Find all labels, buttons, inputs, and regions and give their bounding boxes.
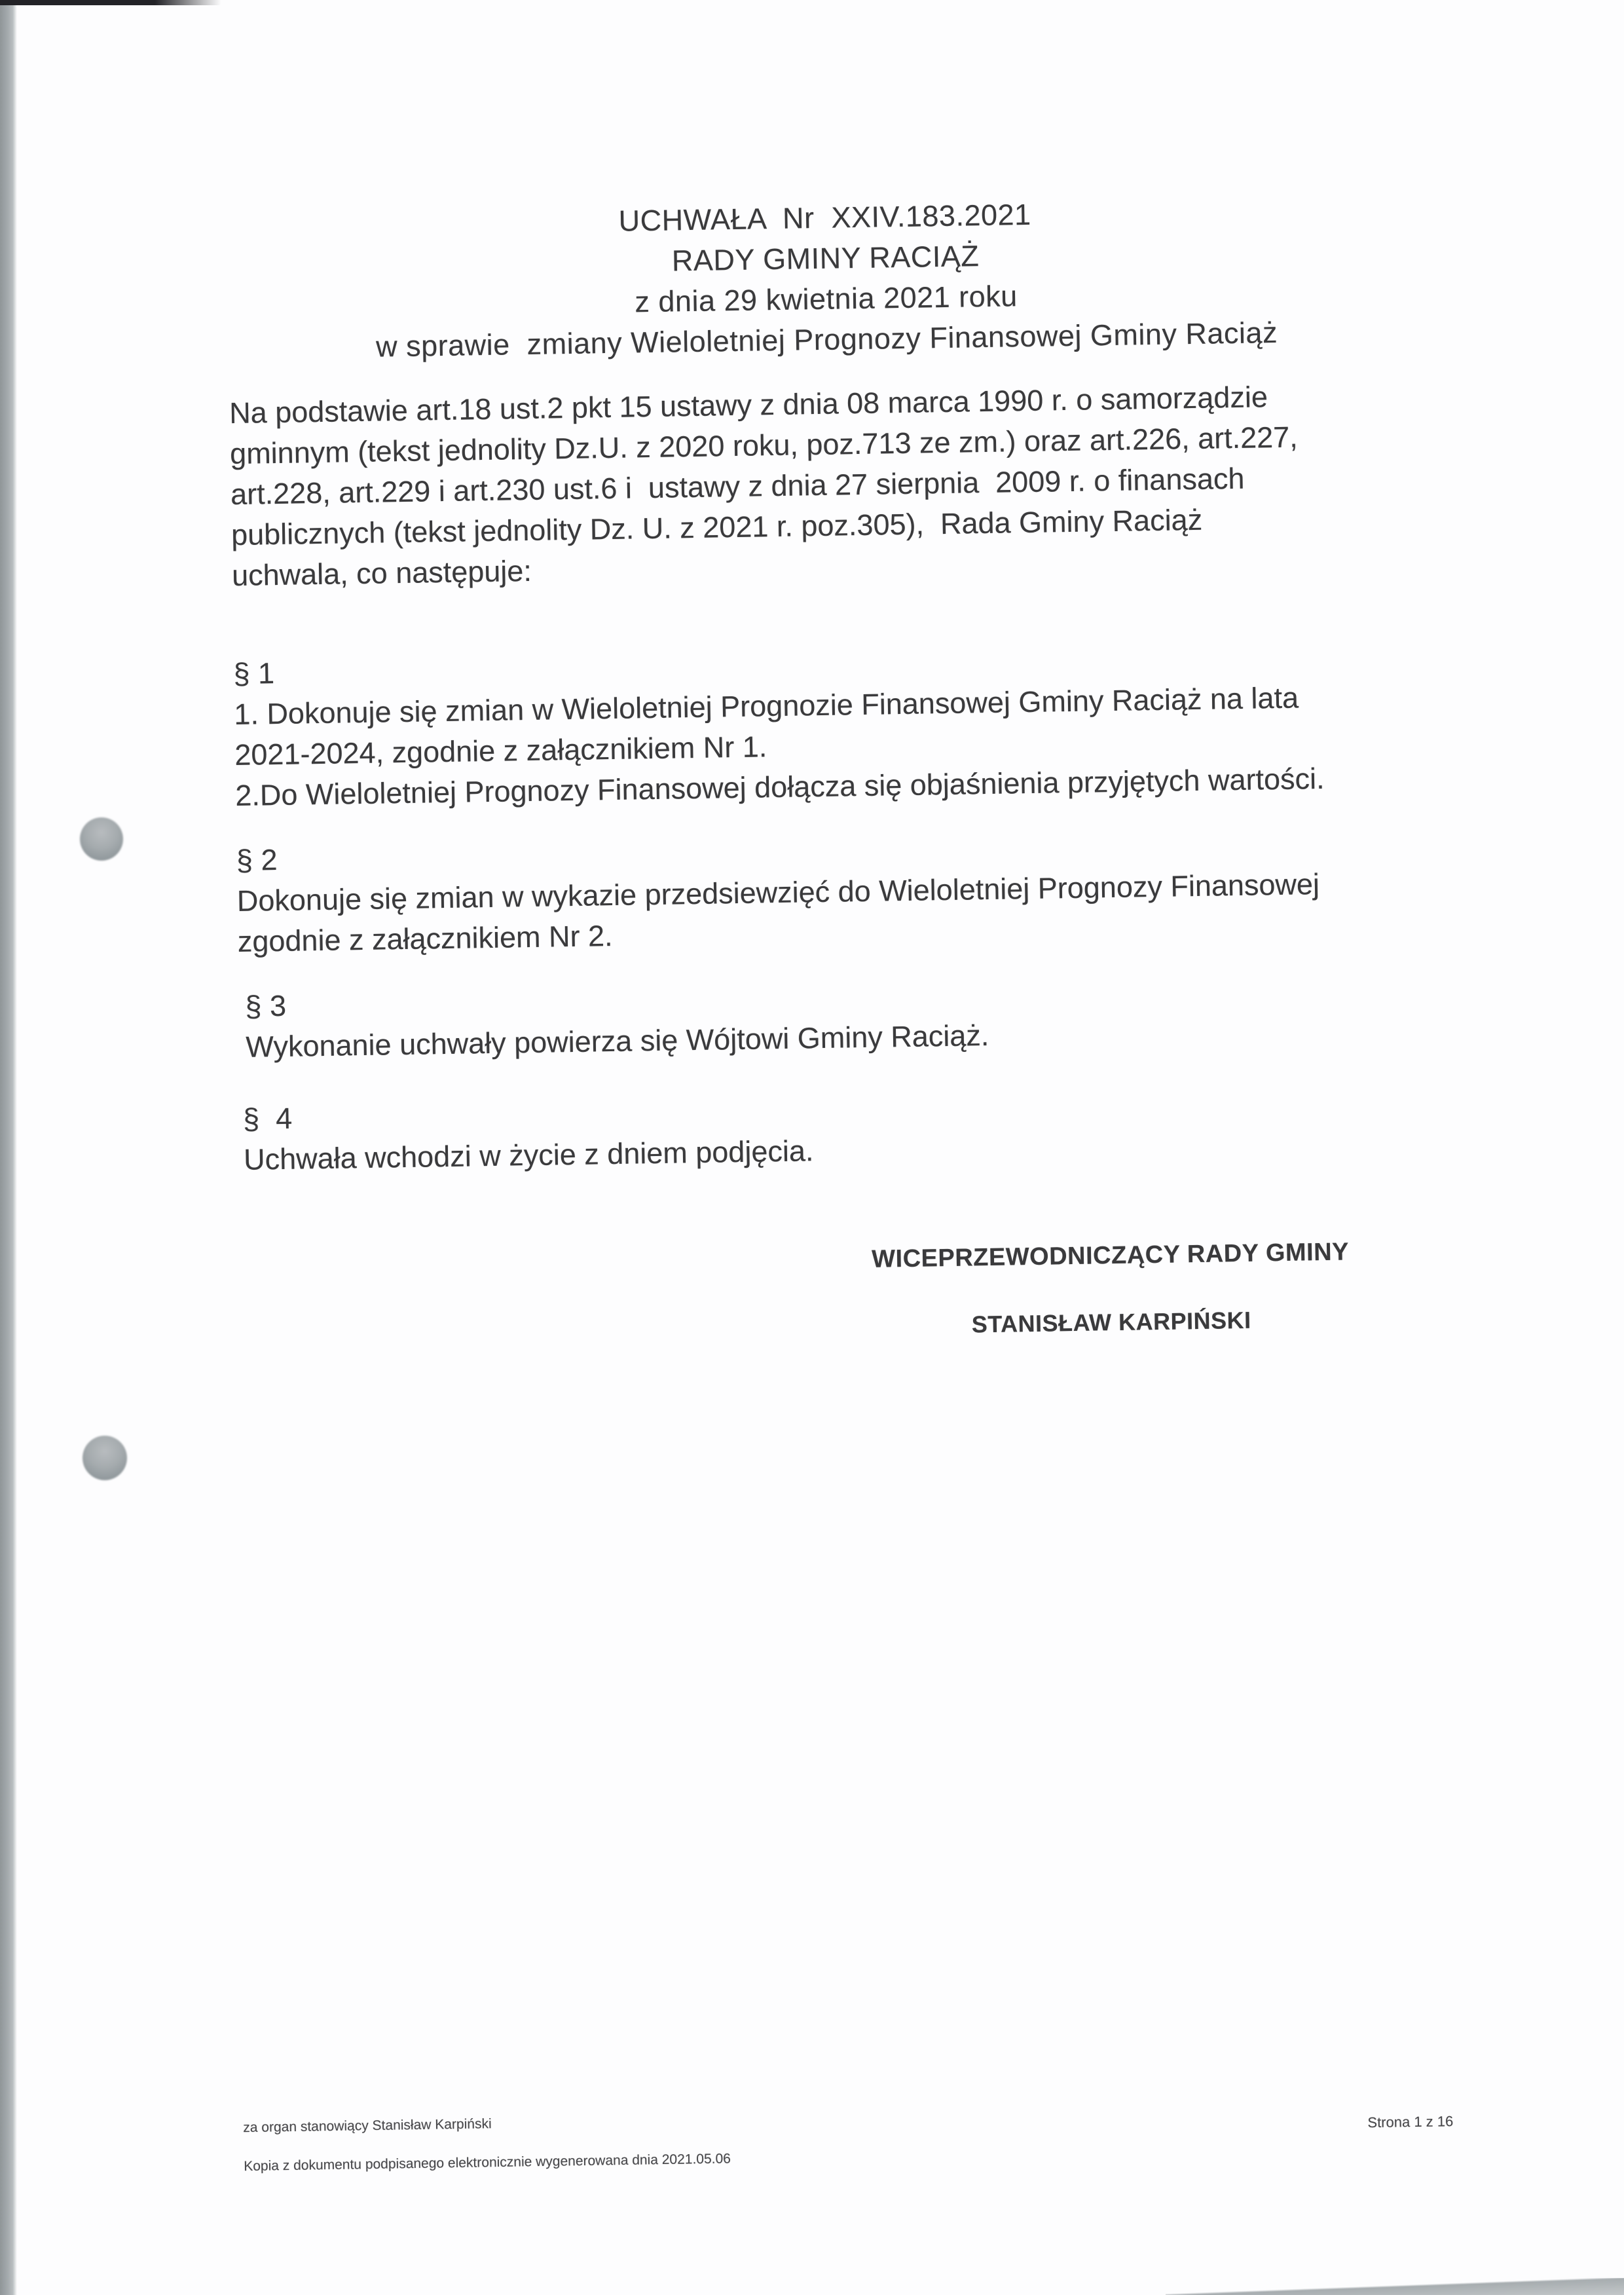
scanned-document-page: UCHWAŁA Nr XXIV.183.2021 RADY GMINY RACI…	[0, 0, 1624, 2295]
scan-edge-bottom-right	[1166, 2278, 1624, 2295]
section-3: § 3 Wykonanie uchwały powierza się Wójto…	[245, 967, 1504, 1068]
footer-copy-note: Kopia z dokumentu podpisanego elektronic…	[244, 2151, 731, 2174]
footer-attribution: za organ stanowiący Stanisław Karpiński	[243, 2116, 492, 2136]
section-4: § 4 Uchwała wchodzi w życie z dniem podj…	[243, 1079, 1502, 1180]
section-2: § 2 Dokonuje się zmian w wykazie przedsi…	[236, 821, 1495, 962]
signature-block: WICEPRZEWODNICZĄCY RADY GMINY STANISŁAW …	[747, 1235, 1475, 1342]
signer-name: STANISŁAW KARPIŃSKI	[748, 1302, 1475, 1342]
signer-role: WICEPRZEWODNICZĄCY RADY GMINY	[747, 1235, 1474, 1275]
section-1: § 1 1. Dokonuje się zmian w Wieloletniej…	[233, 634, 1493, 816]
legal-basis-paragraph: Na podstawie art.18 ust.2 pkt 15 ustawy …	[229, 373, 1477, 596]
footer-page-number: Strona 1 z 16	[1367, 2113, 1453, 2131]
document-content: UCHWAŁA Nr XXIV.183.2021 RADY GMINY RACI…	[0, 0, 1624, 2295]
document-title: UCHWAŁA Nr XXIV.183.2021 RADY GMINY RACI…	[150, 187, 1502, 371]
